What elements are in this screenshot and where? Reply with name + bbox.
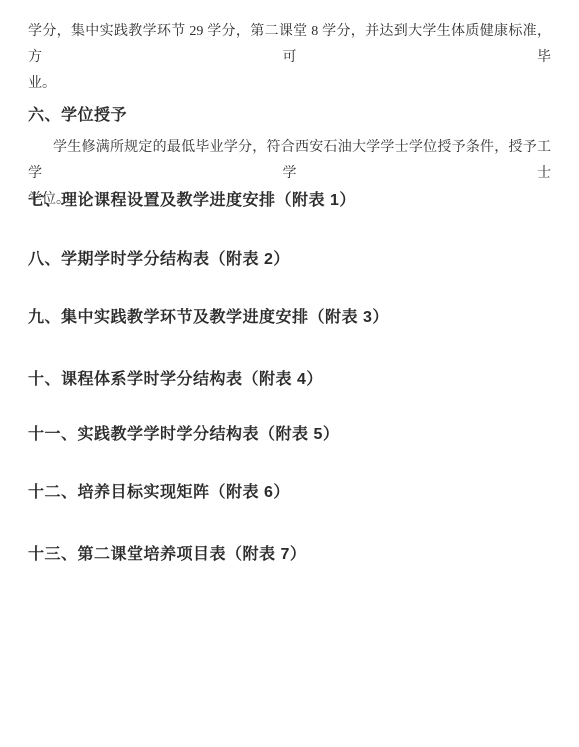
continuation-paragraph: 学分，集中实践教学环节 29 学分，第二课堂 8 学分，并达到大学生体质健康标准… bbox=[28, 19, 551, 97]
section-heading-10-course-system-table: 十、课程体系学时学分结构表（附表 4） bbox=[28, 369, 551, 391]
section-heading-7-theory-courses: 七、理论课程设置及教学进度安排（附表 1） bbox=[28, 190, 551, 212]
section-heading-12-objective-matrix: 十二、培养目标实现矩阵（附表 6） bbox=[28, 482, 551, 504]
section-heading-11-practice-credit-table: 十一、实践教学学时学分结构表（附表 5） bbox=[28, 424, 551, 446]
section-heading-8-semester-credit-table: 八、学期学时学分结构表（附表 2） bbox=[28, 249, 551, 271]
paragraph-line: 学分，集中实践教学环节 29 学分，第二课堂 8 学分，并达到大学生体质健康标准… bbox=[28, 19, 551, 71]
section-heading-13-second-classroom: 十三、第二课堂培养项目表（附表 7） bbox=[28, 544, 551, 566]
section-heading-degree-award: 六、学位授予 bbox=[28, 105, 551, 127]
paragraph-line: 业。 bbox=[28, 71, 551, 97]
document-page: 学分，集中实践教学环节 29 学分，第二课堂 8 学分，并达到大学生体质健康标准… bbox=[0, 0, 579, 747]
section-heading-9-practice-teaching: 九、集中实践教学环节及教学进度安排（附表 3） bbox=[28, 307, 551, 329]
paragraph-line: 学生修满所规定的最低毕业学分，符合西安石油大学学士学位授予条件，授予工学学士 bbox=[28, 135, 551, 187]
